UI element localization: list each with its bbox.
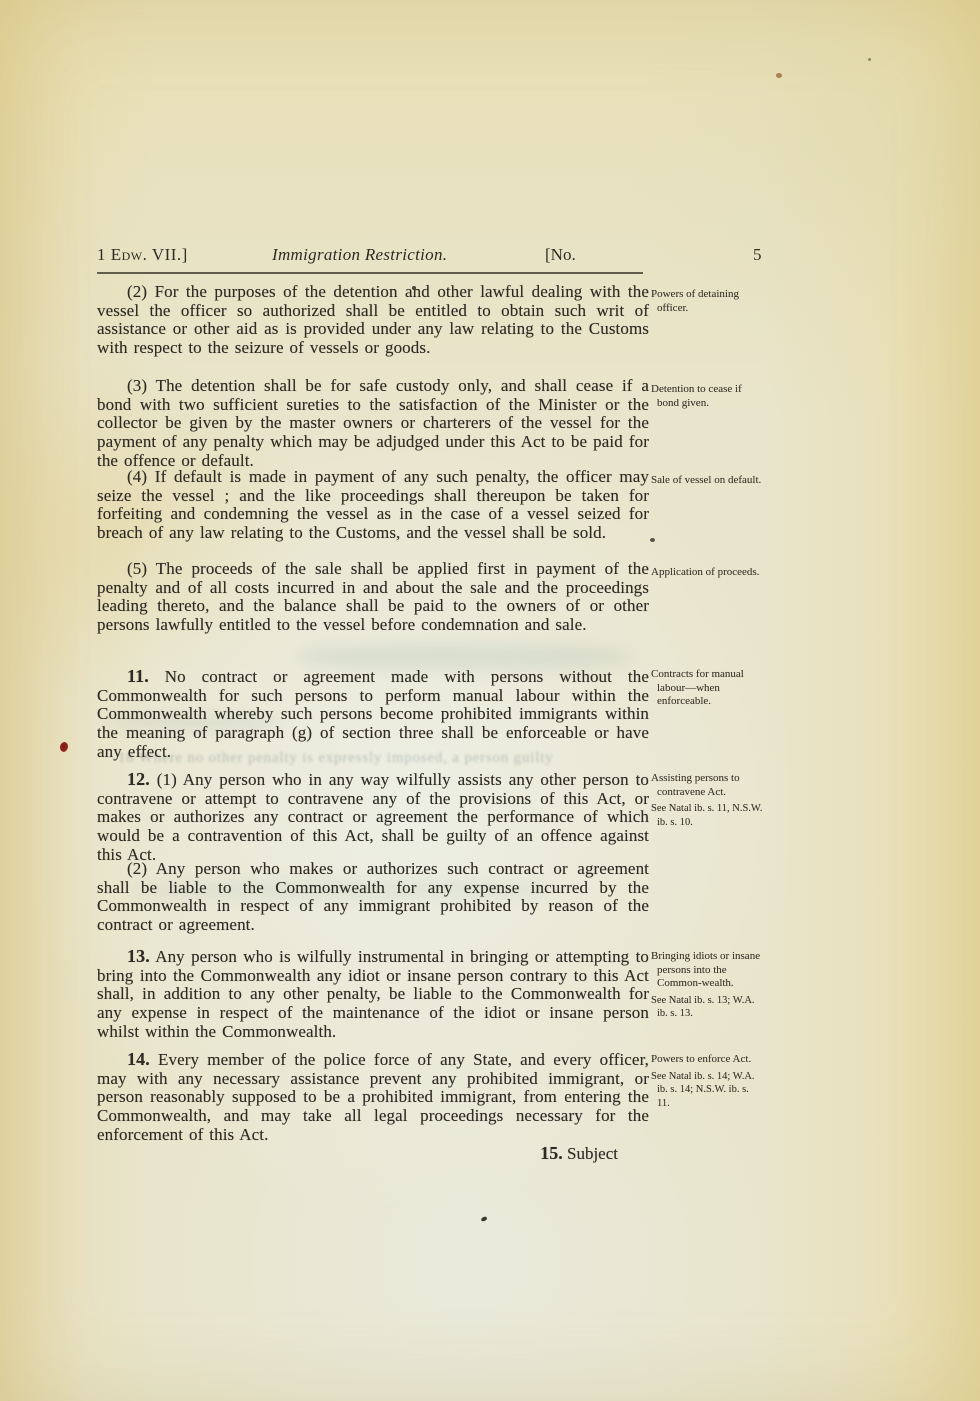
section-13: 13. Any person who is wilfully instrumen… xyxy=(97,947,649,1042)
margin-note-application-of-proceeds: Application of proceeds. xyxy=(651,566,763,580)
margin-note-assisting-persons: Assisting persons to contravene Act. See… xyxy=(651,772,763,829)
header-page-number: 5 xyxy=(753,245,762,265)
ink-speck xyxy=(776,73,782,78)
header-act-number: [No. xyxy=(545,245,576,265)
margin-note-text: Contracts for manual labour—when enforce… xyxy=(651,668,763,709)
margin-note-text: Powers to enforce Act. xyxy=(651,1053,763,1067)
margin-note-text: Application of proceeds. xyxy=(651,566,763,580)
section-11: 11. No contract or agreement made with p… xyxy=(97,667,649,762)
section-14: 14. Every member of the police force of … xyxy=(97,1050,649,1145)
margin-note-text: Powers of detaining officer. xyxy=(651,288,763,315)
header-running-title: Immigration Restriction. xyxy=(272,245,447,265)
section-12-subsection-1: 12. (1) Any person who in any way wilful… xyxy=(97,770,649,865)
margin-note-references: See Natal ib. s. 14; W.A. ib. s. 14; N.S… xyxy=(651,1070,763,1111)
ink-speck xyxy=(650,538,655,542)
margin-note-powers-to-enforce: Powers to enforce Act. See Natal ib. s. … xyxy=(651,1053,763,1110)
margin-note-text: Bringing idiots or insane persons into t… xyxy=(651,950,763,991)
ink-speck xyxy=(412,286,416,290)
subsection-4: (4) If default is made in payment of any… xyxy=(97,468,649,543)
subsection-3: (3) The detention shall be for safe cust… xyxy=(97,377,649,471)
subsection-5: (5) The proceeds of the sale shall be ap… xyxy=(97,560,649,635)
section-13-number: 13. xyxy=(127,946,150,966)
catchword: 15. Subject xyxy=(97,1143,642,1164)
margin-note-bringing-idiots: Bringing idiots or insane persons into t… xyxy=(651,950,763,1021)
section-13-text: Any person who is wilfully instrumental … xyxy=(97,947,649,1041)
ink-speck xyxy=(868,58,871,61)
margin-note-text: Assisting persons to contravene Act. xyxy=(651,772,763,799)
catchword-text: Subject xyxy=(567,1144,618,1163)
subsection-2: (2) For the purposes of the detention an… xyxy=(97,283,649,358)
header-rule xyxy=(97,272,643,274)
header-regnal-citation: 1 Edw. VII.] xyxy=(97,245,188,265)
section-14-text: Every member of the police force of any … xyxy=(97,1050,649,1144)
section-11-text: No contract or agreement made with perso… xyxy=(97,667,649,761)
margin-note-text: Sale of vessel on default. xyxy=(651,474,763,488)
section-12-text: (1) Any person who in any way wilfully a… xyxy=(97,770,649,864)
section-11-number: 11. xyxy=(127,666,149,686)
margin-note-detention-to-cease: Detention to cease if bond given. xyxy=(651,383,763,410)
section-14-number: 14. xyxy=(127,1049,150,1069)
margin-note-sale-of-vessel: Sale of vessel on default. xyxy=(651,474,763,488)
margin-note-references: See Natal ib. s. 11, N.S.W. ib. s. 10. xyxy=(651,802,763,829)
margin-note-powers-of-detaining-officer: Powers of detaining officer. xyxy=(651,288,763,315)
section-12-subsection-2: (2) Any person who makes or authorizes s… xyxy=(97,860,649,935)
section-12-number: 12. xyxy=(127,769,150,789)
margin-note-text: Detention to cease if bond given. xyxy=(651,383,763,410)
margin-note-references: See Natal ib. s. 13; W.A. ib. s. 13. xyxy=(651,994,763,1021)
margin-note-contracts-for-manual-labour: Contracts for manual labour—when enforce… xyxy=(651,668,763,709)
catchword-number: 15. xyxy=(540,1143,563,1163)
